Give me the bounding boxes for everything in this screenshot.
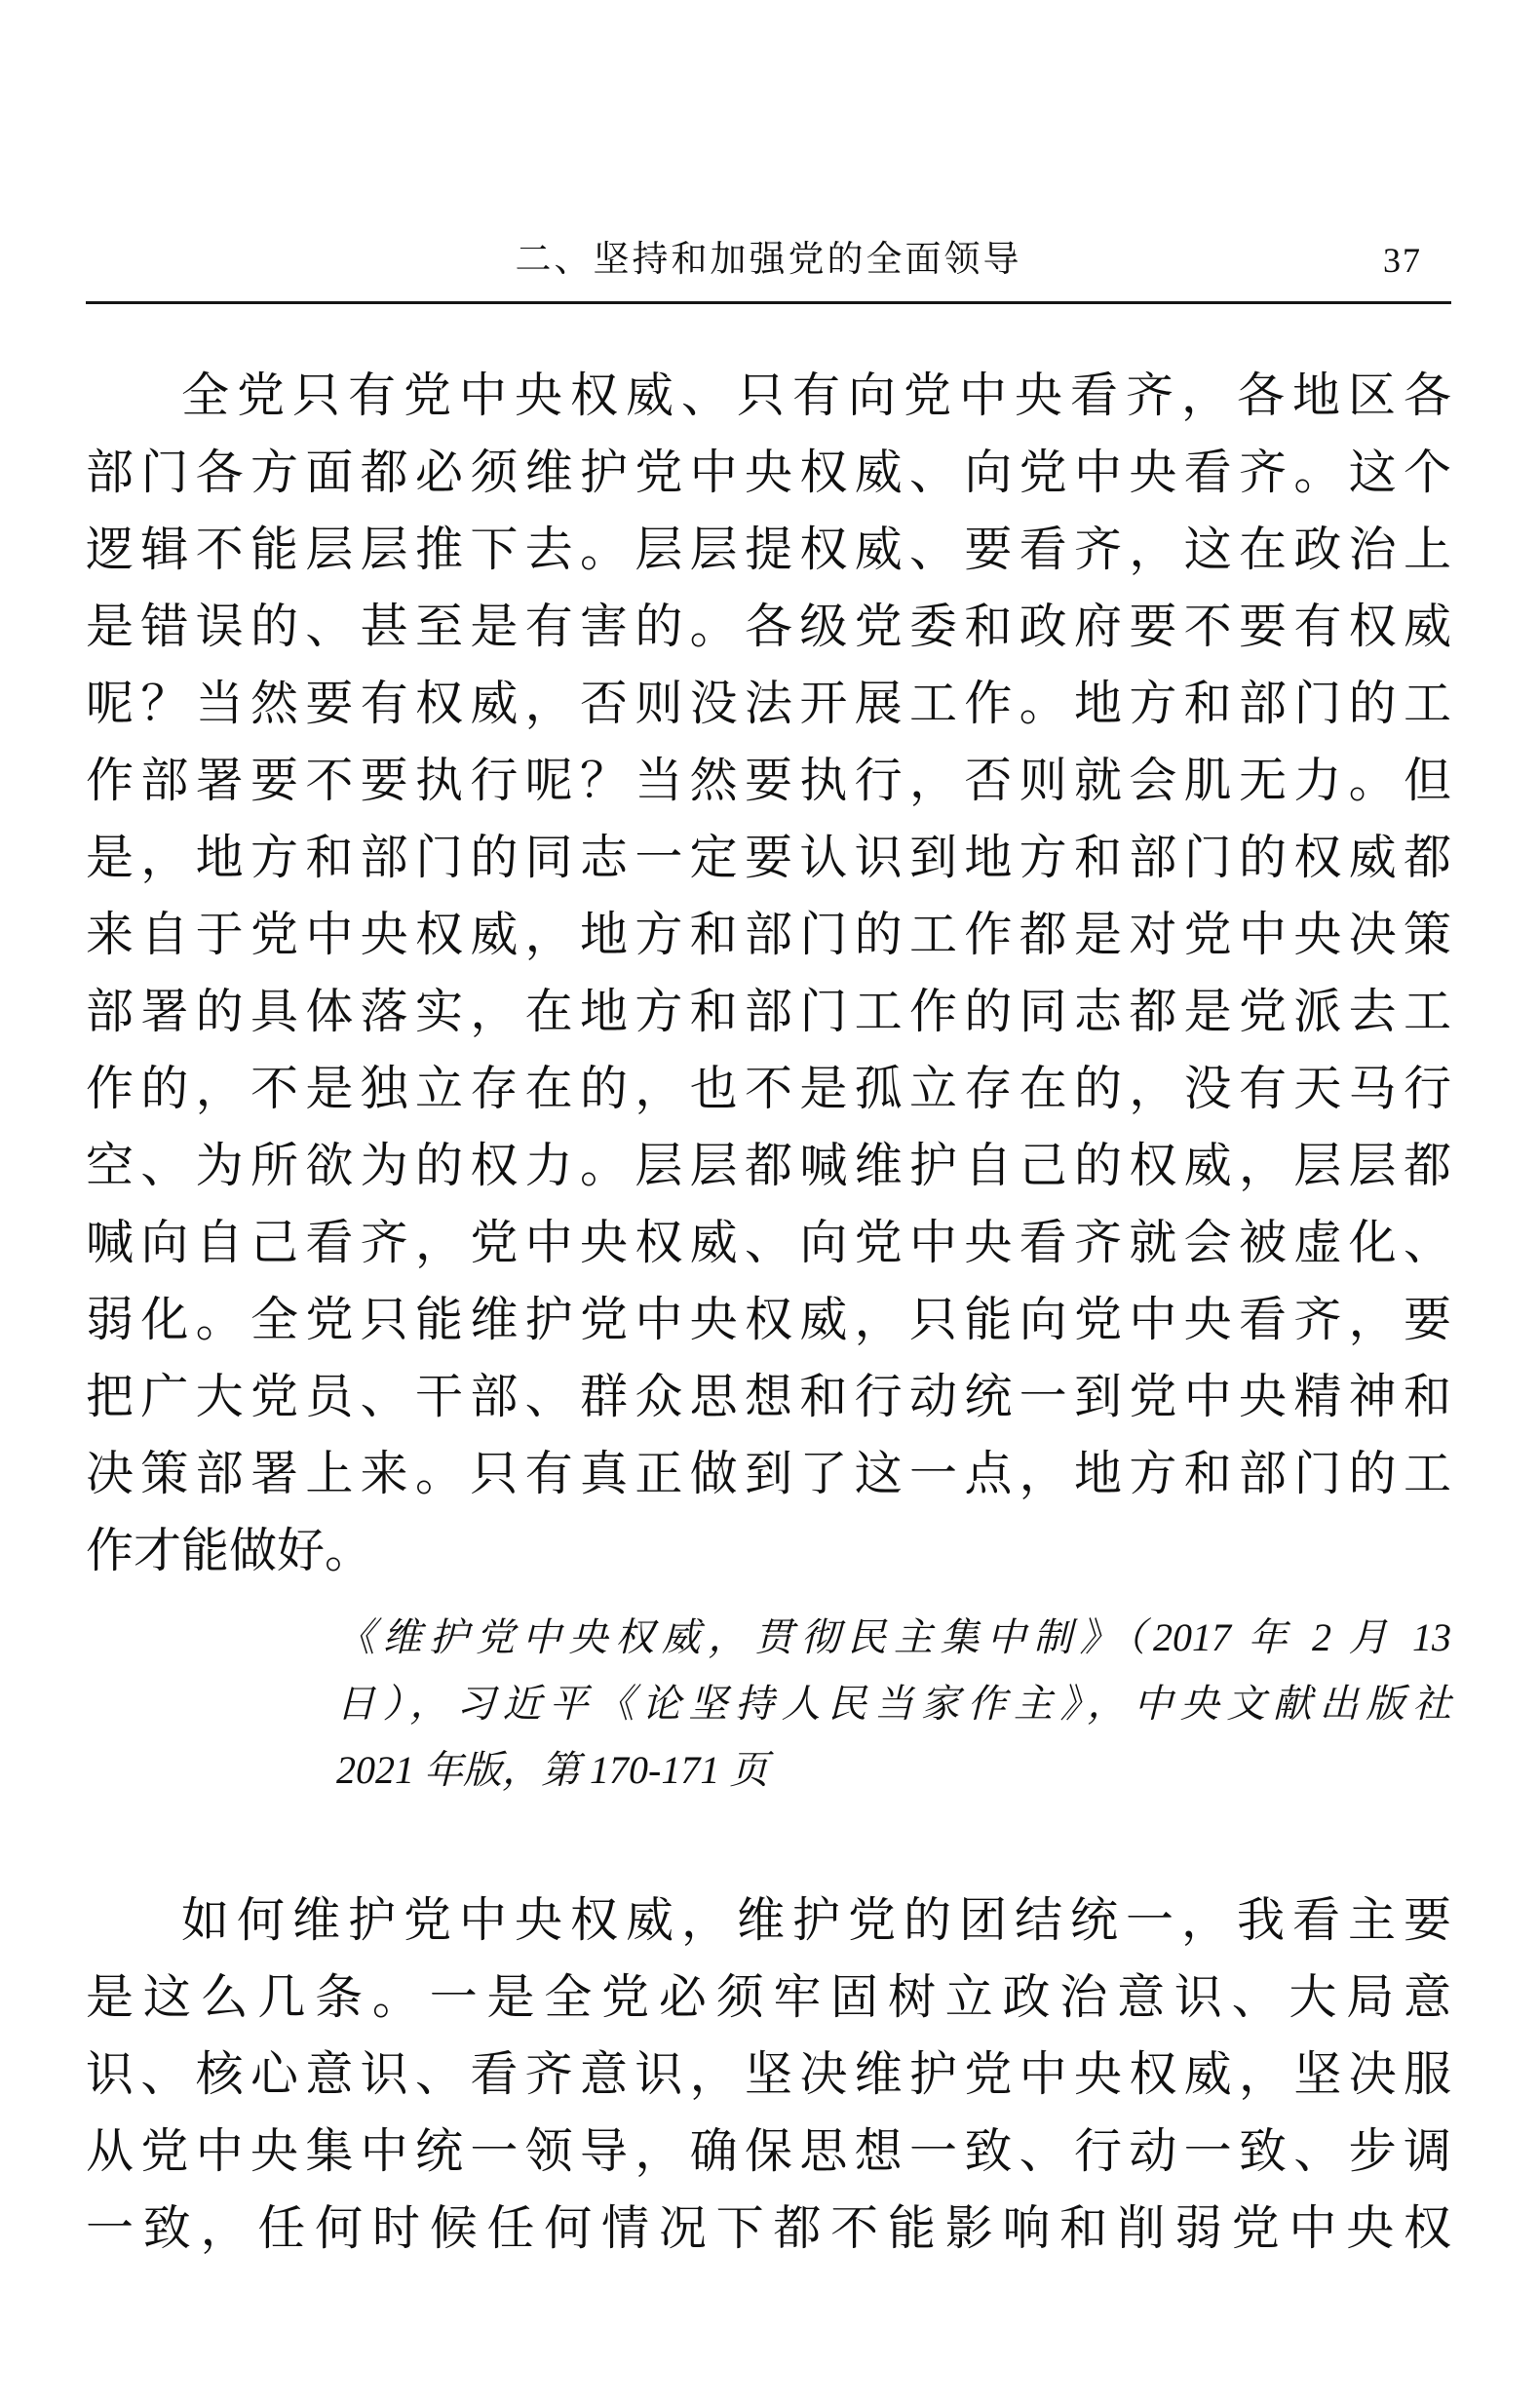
header-rule (86, 301, 1451, 304)
text-line: 作才能做好。 (86, 1512, 1451, 1589)
text-line: 逻辑不能层层推下去。层层提权威、要看齐，这在政治上 (86, 511, 1451, 588)
text-line: 来自于党中央权威，地方和部门的工作都是对党中央决策 (86, 896, 1451, 973)
text-line: 把广大党员、干部、群众思想和行动统一到党中央精神和 (86, 1358, 1451, 1435)
body-paragraph-1: 全党只有党中央权威、只有向党中央看齐，各地区各部门各方面都必须维护党中央权威、向… (86, 357, 1451, 1589)
text-line: 一致，任何时候任何情况下都不能影响和削弱党中央权 (86, 2190, 1451, 2267)
source-citation: 《维护党中央权威，贯彻民主集中制》（2017 年 2 月 13日），习近平《论坚… (86, 1605, 1451, 1804)
text-line: 日），习近平《论坚持人民当家作主》，中央文献出版社 (336, 1671, 1451, 1737)
text-line: 2021 年版，第 170-171 页 (336, 1737, 1451, 1804)
text-line: 部署的具体落实，在地方和部门工作的同志都是党派去工 (86, 973, 1451, 1050)
text-line: 呢？当然要有权威，否则没法开展工作。地方和部门的工 (86, 665, 1451, 742)
text-line: 识、核心意识、看齐意识，坚决维护党中央权威，坚决服 (86, 2036, 1451, 2113)
running-head: 二、坚持和加强党的全面领导 37 (86, 237, 1451, 284)
text-line: 是这么几条。一是全党必须牢固树立政治意识、大局意 (86, 1959, 1451, 2036)
text-line: 决策部署上来。只有真正做到了这一点，地方和部门的工 (86, 1435, 1451, 1512)
page-number: 37 (1383, 237, 1422, 284)
body-paragraph-2: 如何维护党中央权威，维护党的团结统一，我看主要是这么几条。一是全党必须牢固树立政… (86, 1882, 1451, 2267)
text-line: 喊向自己看齐，党中央权威、向党中央看齐就会被虚化、 (86, 1204, 1451, 1281)
text-line: 部门各方面都必须维护党中央权威、向党中央看齐。这个 (86, 434, 1451, 511)
text-line: 是，地方和部门的同志一定要认识到地方和部门的权威都 (86, 819, 1451, 896)
text-line: 作部署要不要执行呢？当然要执行，否则就会肌无力。但 (86, 742, 1451, 819)
text-line: 弱化。全党只能维护党中央权威，只能向党中央看齐，要 (86, 1281, 1451, 1358)
text-line: 《维护党中央权威，贯彻民主集中制》（2017 年 2 月 13 (336, 1605, 1451, 1671)
text-line: 作的，不是独立存在的，也不是孤立存在的，没有天马行 (86, 1050, 1451, 1127)
book-page: 二、坚持和加强党的全面领导 37 全党只有党中央权威、只有向党中央看齐，各地区各… (0, 0, 1539, 2408)
text-line: 从党中央集中统一领导，确保思想一致、行动一致、步调 (86, 2113, 1451, 2190)
text-line: 全党只有党中央权威、只有向党中央看齐，各地区各 (86, 357, 1451, 434)
text-line: 空、为所欲为的权力。层层都喊维护自己的权威，层层都 (86, 1127, 1451, 1204)
text-line: 如何维护党中央权威，维护党的团结统一，我看主要 (86, 1882, 1451, 1959)
text-line: 是错误的、甚至是有害的。各级党委和政府要不要有权威 (86, 588, 1451, 665)
chapter-title: 二、坚持和加强党的全面领导 (86, 237, 1451, 284)
